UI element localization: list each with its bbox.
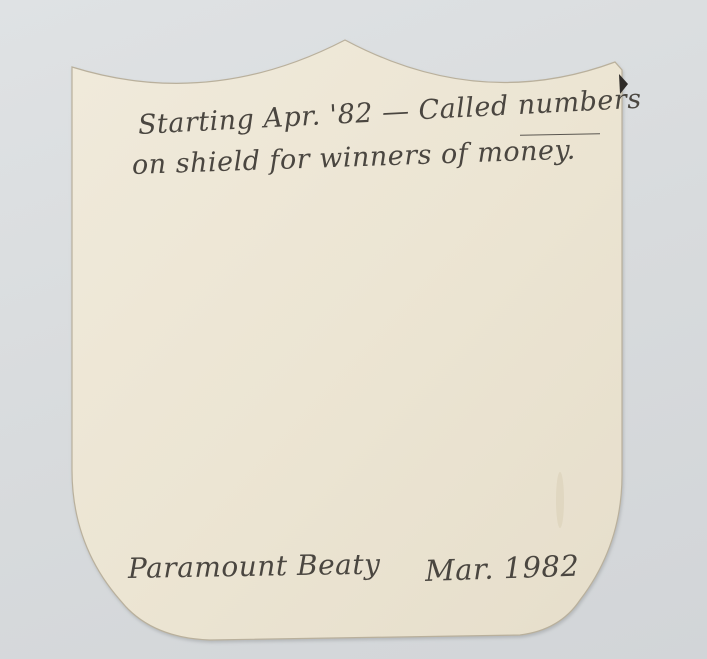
signature: Paramount Beaty	[128, 548, 381, 585]
paper-smudge	[556, 472, 564, 528]
date-note: Mar. 1982	[424, 549, 579, 588]
